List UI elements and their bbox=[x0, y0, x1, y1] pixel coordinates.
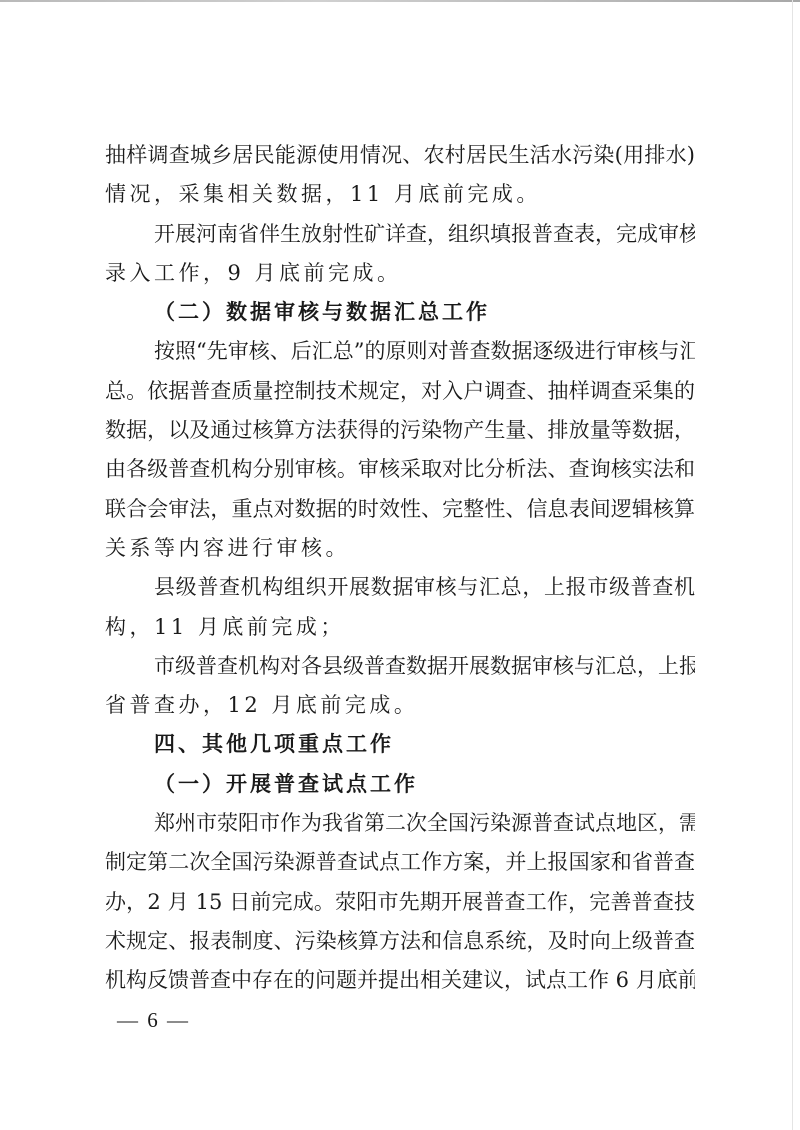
text-line: 省普查办，12 月底前完成。 bbox=[105, 686, 695, 725]
text-line: 关系等内容进行审核。 bbox=[105, 529, 695, 568]
text-line: 县级普查机构组织开展数据审核与汇总，上报市级普查机 bbox=[105, 568, 695, 607]
section-heading: （一）开展普查试点工作 bbox=[105, 765, 695, 804]
text-line: 数据，以及通过核算方法获得的污染物产生量、排放量等数据， bbox=[105, 411, 695, 450]
text-line: 按照“先审核、后汇总”的原则对普查数据逐级进行审核与汇 bbox=[105, 332, 695, 371]
text-line: 郑州市荥阳市作为我省第二次全国污染源普查试点地区，需 bbox=[105, 804, 695, 843]
text-line: 联合会审法，重点对数据的时效性、完整性、信息表间逻辑核算 bbox=[105, 490, 695, 529]
text-line: 开展河南省伴生放射性矿详查，组织填报普查表，完成审核 bbox=[105, 215, 695, 254]
scan-right-edge bbox=[792, 0, 793, 1130]
text-line: 制定第二次全国污染源普查试点工作方案，并上报国家和省普查 bbox=[105, 843, 695, 882]
section-heading: （二）数据审核与数据汇总工作 bbox=[105, 293, 695, 332]
page-number: — 6 — bbox=[117, 1008, 190, 1033]
document-body: 抽样调查城乡居民能源使用情况、农村居民生活水污染(用排水) 情况，采集相关数据，… bbox=[105, 136, 695, 1001]
text-line: 术规定、报表制度、污染核算方法和信息系统，及时向上级普查 bbox=[105, 922, 695, 961]
text-line: 情况，采集相关数据，11 月底前完成。 bbox=[105, 175, 695, 214]
text-line: 录入工作，9 月底前完成。 bbox=[105, 254, 695, 293]
text-line: 总。依据普查质量控制技术规定，对入户调查、抽样调查采集的 bbox=[105, 372, 695, 411]
text-line: 构，11 月底前完成； bbox=[105, 608, 695, 647]
text-line: 由各级普查机构分别审核。审核采取对比分析法、查询核实法和 bbox=[105, 450, 695, 489]
chapter-heading: 四、其他几项重点工作 bbox=[105, 725, 695, 764]
scan-top-edge bbox=[0, 0, 800, 2]
text-line: 办，2 月 15 日前完成。荥阳市先期开展普查工作，完善普查技 bbox=[105, 883, 695, 922]
text-line: 抽样调查城乡居民能源使用情况、农村居民生活水污染(用排水) bbox=[105, 136, 695, 175]
text-line: 市级普查机构对各县级普查数据开展数据审核与汇总，上报 bbox=[105, 647, 695, 686]
text-line: 机构反馈普查中存在的问题并提出相关建议，试点工作 6 月底前 bbox=[105, 961, 695, 1000]
